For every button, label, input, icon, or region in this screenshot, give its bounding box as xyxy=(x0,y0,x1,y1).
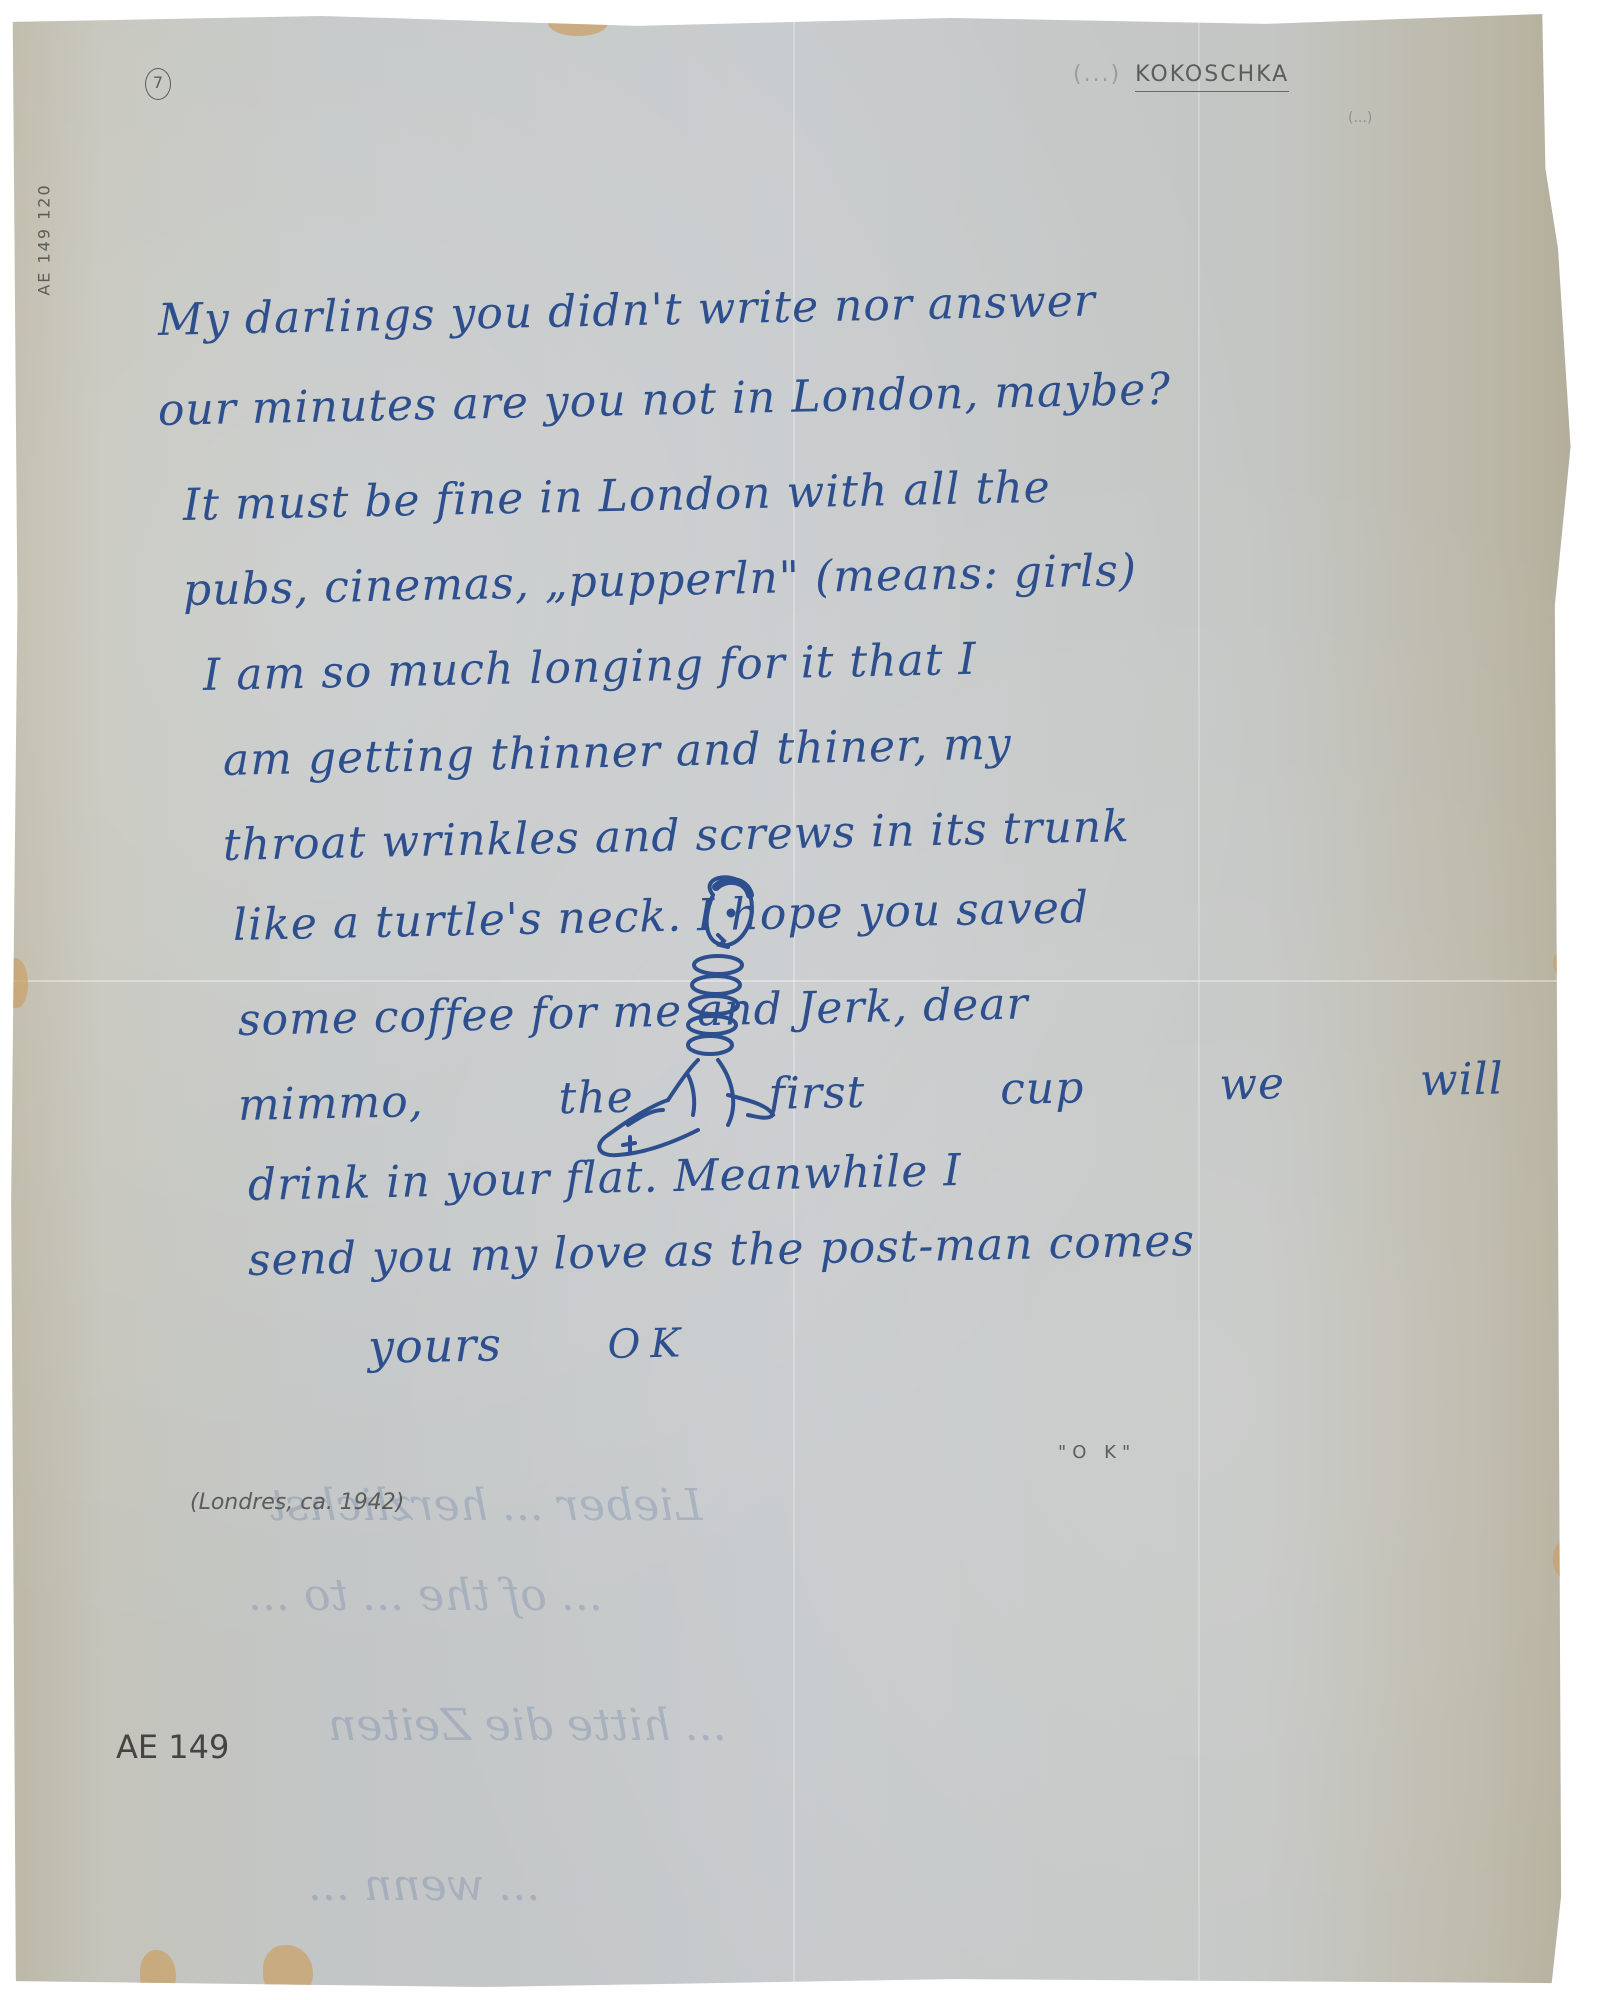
turtle-neck-sketch-icon xyxy=(568,865,788,1175)
foxing-stain xyxy=(4,958,28,1008)
letter-line: My darlings you didn't write nor answer xyxy=(157,275,1096,346)
letter-line: our minutes are you not in London, maybe… xyxy=(157,364,1171,436)
paper-fold-crease xyxy=(1198,10,1200,1995)
letter-line: throat wrinkles and screws in its trunk xyxy=(222,801,1130,871)
letter-closing: yours OK xyxy=(367,1313,690,1374)
signature: OK xyxy=(607,1320,691,1368)
header-partial: (...) xyxy=(1073,62,1121,87)
letter-sheet: Lieber ... herzlichst ... of the ... to … xyxy=(8,10,1580,1995)
closing-text: yours xyxy=(367,1317,502,1374)
place-date-note: (Londres, ca. 1942) xyxy=(190,1490,404,1515)
bottom-archive-ref: AE 149 xyxy=(116,1728,229,1766)
bleed-through-text: ... wenn ... xyxy=(308,1860,540,1911)
letter-line: pubs, cinemas, „pupperln" (means: girls) xyxy=(182,545,1137,616)
foxing-stain xyxy=(263,1945,313,2000)
header-name-text: KOKOSCHKA xyxy=(1135,62,1289,92)
margin-archive-ref: AE 149 120 xyxy=(35,183,54,295)
corner-mark: (...) xyxy=(1348,110,1372,126)
letter-line: mimmo, the first cup we will xyxy=(237,1053,1504,1131)
bleed-through-text: ... hitte die Zeiten xyxy=(328,1700,727,1751)
header-name: (...)KOKOSCHKA xyxy=(1073,62,1289,87)
letter-line: am getting thinner and thiner, my xyxy=(222,718,1012,786)
folio-number: 7 xyxy=(145,68,171,100)
ok-note: "O K" xyxy=(1058,1442,1136,1463)
letter-line: send you my love as the post-man comes xyxy=(247,1215,1195,1286)
foxing-stain xyxy=(140,1950,176,2000)
foxing-stain xyxy=(548,8,608,36)
foxing-stain xyxy=(1553,1540,1587,1580)
letter-line: I am so much longing for it that I xyxy=(202,634,977,701)
folio-number-text: 7 xyxy=(153,73,163,92)
foxing-stain xyxy=(1553,950,1587,978)
letter-line: It must be fine in London with all the xyxy=(182,462,1051,531)
bleed-through-text: ... of the ... to ... xyxy=(248,1570,603,1621)
